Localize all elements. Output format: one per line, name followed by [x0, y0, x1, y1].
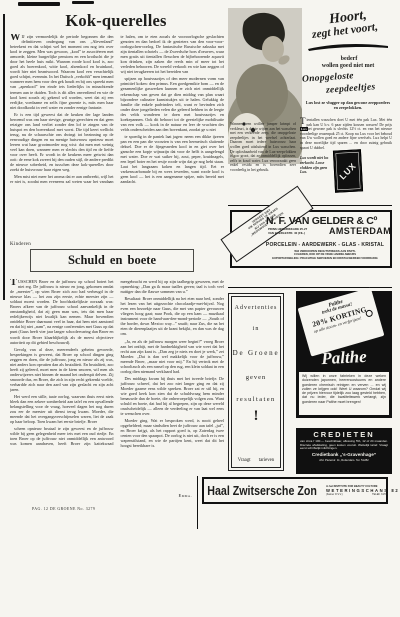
scan-edge-artifact: [3, 14, 5, 300]
address-line: VAN BAERLESTR. 40 (FIL.): [268, 232, 307, 236]
company-address: PRINS HENDRIKKADE 25-27 VAN BAERLESTR. 4…: [268, 228, 307, 235]
ad-script-line: Onopgeloste: [302, 71, 354, 85]
paragraph: spijzen op houtvuurtjes of den meer mode…: [121, 76, 225, 132]
section-kicker: Kinderen: [10, 242, 31, 247]
product-list: PORCELEIN - AARDEWERK - GLAS - KRISTAL: [262, 242, 388, 248]
paragraph: Des middags kwam hij thuis met het tweed…: [121, 376, 225, 416]
newspaper-page: Kok-querelles WIJ zijn vermoedelijk de p…: [0, 0, 400, 617]
ad-address-block: in het INSTITUTE FOR BEAUTY CULTURE WETE…: [326, 485, 388, 497]
street-address: WETERINGSCHANS 82: [326, 488, 388, 493]
paragraph: Resultaat: Broer onmiddellijk na het ete…: [121, 296, 225, 336]
ad-highlight-chip: Lux: [300, 127, 308, 131]
ad-fine-print: WIJ VERKOOPEN RECHTSTREEKS AAN PARTI- CU…: [262, 250, 388, 260]
house-ad-line: geven: [246, 374, 267, 381]
ad-script-line: zeepdeeltjes: [326, 82, 376, 95]
ad-body-column-left: Wanneer een wollen jumper krimpt of verk…: [230, 122, 296, 204]
ad-van-gelder: VERGEET NIET UW SERVIES TE KIEZEN BIJ VA…: [230, 210, 392, 268]
author-signature: Emma.: [130, 493, 192, 498]
ad-subline: wollen goed niet met: [300, 63, 396, 69]
contact-line: (Kamer O.V.V.) TELEF. 31708: [326, 493, 388, 496]
package-brand-label: LUX: [338, 161, 359, 182]
article-body-schuld-en-boete: TUSSCHEN Broer en de juffrouw op school …: [10, 279, 224, 501]
column-rule: [197, 476, 198, 529]
fine-print-line: EXPORTAFDEELING: PRACHTIGE SERVIEZEN EN …: [262, 257, 388, 260]
scan-mark: [72, 1, 94, 4]
article-title-kok-querelles: Kok-querelles: [8, 11, 224, 31]
ad-headline: Haal Zwitsersche Zon: [204, 483, 304, 498]
ad-de-groene-house: Advertenties in De Groene geven resultat…: [228, 293, 284, 471]
house-ad-line: Advertenties: [235, 305, 278, 311]
house-ad-footer: Vraagt tarieven: [238, 458, 274, 463]
ad-lux-soap: Hoort, zegt het voort, bederf wollen goe…: [228, 6, 394, 204]
ad-title: CREDIETEN: [300, 430, 388, 439]
house-ad-line: De Groene: [233, 349, 280, 357]
palthe-logo-script: Palthe: [296, 346, 393, 371]
ad-palthe: Palthe trekt de massa! 20% KORTING op al…: [296, 291, 392, 418]
article-body-kok-querelles: WIJ zijn vermoedelijk de periode begonne…: [10, 34, 224, 230]
company-city: AMSTERDAM: [329, 226, 391, 236]
ad-body-text: van circa f 100.— beschikbaar, aflossing…: [300, 440, 388, 451]
bank-name: Credietbank „'s-Gravenhage”: [300, 452, 388, 457]
paragraph: Er is een tijd geweest dat de keuken der…: [10, 112, 114, 173]
paragraph: WIJ zijn vermoedelijk de periode begonne…: [10, 34, 114, 110]
swoosh-underline: [306, 42, 390, 51]
house-ad-line: resultaten: [236, 396, 275, 403]
paragraph: Moeder ging. Wat er besproken werd, is n…: [121, 418, 225, 448]
bank-address: Afd. Pieterstr. 11, Rotterdam. Tel. 5128…: [300, 458, 388, 462]
ad-credieten: CREDIETEN van circa f 100.— beschikbaar,…: [296, 428, 392, 474]
paragraph: Gevolg van al deze, meerendeels geheim g…: [10, 347, 114, 392]
scan-mark: [18, 2, 60, 6]
exclamation-mark: !: [254, 408, 259, 425]
page-footer: PAG. 12 DE GROENE No. 3279: [32, 507, 95, 511]
double-border-frame: Advertenties in De Groene geven resultat…: [231, 296, 281, 468]
ad-claim: Lux lost ze vlugger op dan gewone zeeppo…: [304, 100, 392, 110]
paragraph: Het werd een stille, taaie oorlog, waarv…: [10, 394, 114, 424]
ad-note-italic: Lux wordt niet los verkocht. Losse vlokk…: [300, 156, 334, 175]
lux-soap-package: LUX: [333, 149, 363, 192]
paragraph: te spoedig in de paniek laat jagen: neem…: [121, 134, 225, 184]
ad-subline: bederf: [306, 56, 392, 62]
headline-box: Schuld en boete: [30, 249, 194, 272]
paragraph: TUSSCHEN Broer en de juffrouw op school …: [10, 279, 114, 345]
paragraph: „Ja, en als de juffrouw morgen weer begi…: [121, 339, 225, 374]
ad-beauty-institute: Haal Zwitsersche Zon in het INSTITUTE FO…: [202, 477, 388, 504]
phone-number: TELEF. 31708: [372, 493, 388, 496]
room-label: (Kamer O.V.V.): [326, 493, 343, 496]
house-ad-line: in: [253, 326, 260, 332]
ad-body-text: Wij willen in onze fabrieken in deze wek…: [299, 372, 389, 415]
article-title-schuld-en-boete: Schuld en boete: [31, 250, 193, 271]
ad-body-column-right: Tientallen wasschen doet U met één pak L…: [300, 118, 392, 150]
